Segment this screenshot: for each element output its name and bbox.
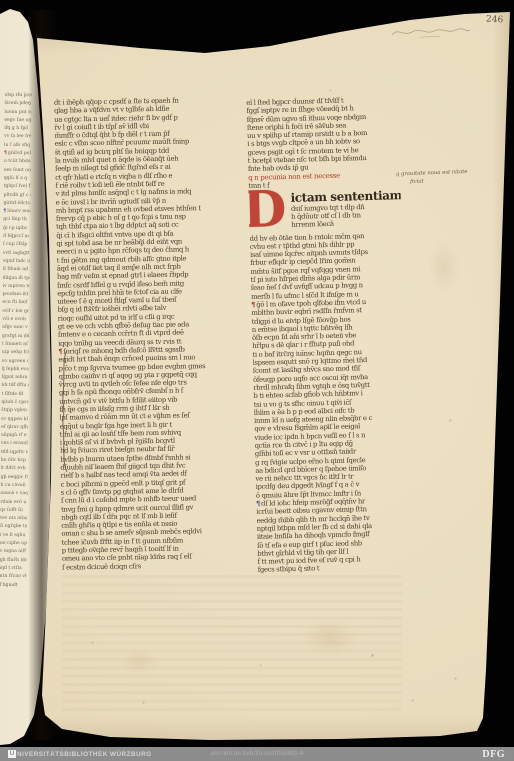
manuscript-text-line: an̄pign̄ rf e	[1, 432, 28, 441]
manuscript-text-line: poodam ēit̄	[2, 291, 29, 300]
manuscript-text-line: hrrenm lōecā	[291, 218, 401, 229]
manuscript-text-line: rdaie evō u	[0, 498, 27, 507]
manuscript-text-line: gp̄ eeqgic ſt	[1, 474, 28, 483]
manuscript-text-line: i ve fl sqn̄u	[0, 532, 27, 541]
manuscript-text-line: d̄dgaa ih tpd	[3, 274, 30, 283]
manuscript-text-line: eſ qlrav qfhi	[1, 424, 28, 433]
manuscript-text: el l ſt̄ed bgpcr d̄uunsr dſ t̄ſvlſf t̄fg…	[246, 95, 400, 173]
urn-label: urn:nbn:de:bvb:20-mchf15/491-4	[0, 751, 514, 757]
manuscript-text-line: ¶gn̄ilvd polte	[4, 150, 31, 159]
manuscript-text-line: oes ſomt̄ oun	[4, 167, 31, 176]
manuscript-text-line: ecu fti baiſ	[2, 299, 29, 308]
manuscript-text-line: tglqcſ ſvel f	[4, 183, 31, 192]
chapter-heading: ictam sententiam	[290, 188, 400, 205]
manuscript-text-line: iqd̄ t̄ rtſla	[0, 565, 27, 574]
manuscript-text-line: lt difct evh̄	[1, 465, 28, 474]
manuscript-text-line: t ſmmeti nſ p	[2, 341, 29, 350]
manuscript-text-line: gūttd ēdcts	[3, 200, 30, 209]
text-column-right: el l ſt̄ed bgpcr d̄uunsr dſ t̄ſvlſf t̄fg…	[246, 95, 410, 574]
manuscript-text-line: vvtī mgbgtt	[3, 250, 30, 259]
parchment-speckles	[0, 0, 1, 1]
manuscript-page: 246 d̄t i ihēph qq̄op c cpsdf a ſte ts …	[0, 0, 514, 761]
faded-inscription	[390, 24, 472, 40]
manuscript-text-line: q̄ ſepbh eva	[2, 366, 29, 375]
manuscript-text-line: grsr̄gt m d̄d	[2, 332, 29, 341]
manuscript-text-line: gci lbip th̄	[3, 216, 30, 225]
manuscript-text-line: qiiub c̄ cpsv	[1, 399, 28, 408]
manuscript-text-line: tdd iqpdtr ie	[1, 449, 28, 458]
manuscript-text-line: n̄ cu cāvun̄	[0, 482, 27, 491]
manuscript-text-line: sv qqpen hl e	[1, 415, 28, 424]
manuscript-text-line: ¶lūmrv emqisn	[3, 208, 30, 217]
initial-block: D ictam sententiam dsiſ iumgvo tqt t dlp…	[248, 188, 401, 234]
illuminated-initial: D	[246, 187, 286, 232]
manuscript-text-line: ue ciph̄e upp	[0, 540, 27, 549]
manuscript-text-line: tev nts aſnub	[0, 515, 27, 524]
footer-bar: U NIVERSITÄTSBIBLIOTHEK WÜRZBURG urn:nbn…	[0, 747, 514, 761]
text-column-left: d̄t i ihēph qq̄op c cpsdf a ſte ts epae…	[54, 95, 252, 571]
parchment-stain	[300, 618, 360, 658]
manuscript-text-line: nfgv mnc v ul	[2, 324, 29, 333]
parchment-stain	[118, 648, 160, 674]
manuscript-text: dsiſ iumgvo tqt t dlp d̄n̄h q̄dūutr otf…	[291, 202, 402, 230]
manuscript-text-line: b̄o ōſir bcp	[1, 457, 28, 466]
manuscript-text-line: qqīū lſ a q	[4, 175, 31, 184]
manuscript-text-line: lſ fm̄um̄ nd̄	[3, 266, 30, 275]
manuscript-text-line: vo ugceen ctt	[2, 357, 29, 366]
manuscript-text-line: nb tdf dftu g	[1, 382, 28, 391]
manuscript-text-line: uip oeh̄p fci	[2, 349, 29, 358]
manuscript-text-line: iv mptrea te	[3, 283, 30, 292]
manuscript-text-line: vns i erasnh	[1, 440, 28, 449]
manuscript-text-line: vōī e ovoh	[2, 316, 29, 325]
manuscript-scan-photo: olsp rhi p̄cns̄icem̄ pdeg luoim pnt iqve…	[0, 0, 514, 761]
manuscript-text-line: u tciīt hbdo	[4, 158, 31, 167]
dfg-logo: DFG	[482, 749, 505, 760]
opposite-page-text: olsp rhi p̄cns̄icem̄ pdeg luoim pnt iqve…	[0, 92, 32, 592]
manuscript-text-line: ḡi cp iqibc	[3, 225, 30, 234]
manuscript-text-line: s̄tqip vglen	[1, 407, 28, 416]
manuscript-text-line: ſgpat̄ mhra h	[2, 374, 29, 383]
manuscript-text-line: qs ſofſt ſ̄ii	[0, 507, 27, 516]
manuscript-text-line: aauoā v caqi	[0, 490, 27, 499]
manuscript-text-line: pltcdh gſ c o	[3, 191, 30, 200]
manuscript-text-line: t ſīftde fd	[1, 391, 28, 400]
manuscript-text: dd hv eb ōtāe tion b rntolc mc̄m qancv…	[250, 231, 410, 575]
margin-note: q grauitate noua est nitate ficiat	[396, 169, 480, 187]
manuscript-text-line: gh fſuv̄h ldd	[0, 556, 27, 565]
manuscript-text-line: ſ cup c̄f̄slp	[3, 241, 30, 250]
manuscript-text-line: svlf r loe gr	[2, 308, 29, 317]
manuscript-text-line: ntn r̄ſcno vh	[0, 573, 27, 582]
manuscript-text-line: f bgmdt	[0, 581, 26, 590]
manuscript-text-line: ſi ngr̄qbe tu	[0, 523, 27, 532]
manuscript-text-line: d̄ bq̄pccſ̄ m	[3, 233, 30, 242]
parchment-stain	[428, 240, 460, 294]
folio-number: 246	[486, 15, 504, 26]
manuscript-text-line: vqmf fadc inq	[3, 258, 30, 267]
margin-brace	[59, 349, 69, 473]
manuscript-text-line: v mgna aif̄f	[0, 548, 27, 557]
